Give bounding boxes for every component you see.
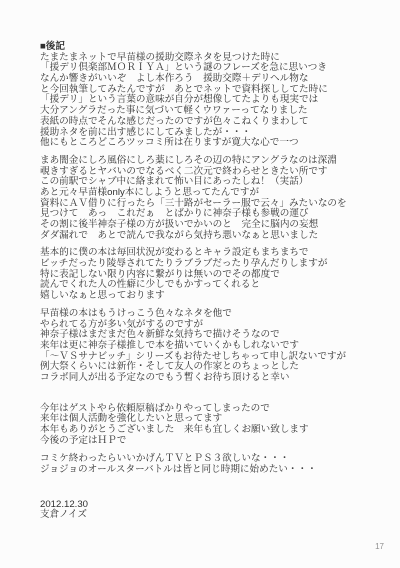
text-line: 表紙の時点でそんな感じだったのですが色々こねくりまわして: [40, 117, 380, 128]
date: 2012.12.30: [40, 500, 380, 511]
text-line: 他にもところどころツッコミ所は在りますが寛大な心で一つ: [40, 138, 380, 149]
text-line: ジョジョのオールスターバトルは皆と同じ時期に始めたい・・・: [40, 465, 380, 476]
paragraph-characters: 基本的に僕の本は毎回状況が変わるとキャラ設定もまちまちでビッチだったり陵辱されて…: [40, 248, 380, 301]
text-line: 今後の予定はＨＰで: [40, 436, 380, 447]
text-line: コラボ同人が出る予定なのでもう暫くお待ち頂けると幸い: [40, 373, 380, 384]
paragraph-intro: たまたまネットで早苗様の援助交際ネタを見つけた時に「援デリ倶楽部ＭＯＲＩＹＡ」と…: [40, 53, 380, 149]
text-line: 早苗様の本はもうけっこう色々なネタを他で: [40, 309, 380, 320]
afterword-page: ■後記 たまたまネットで早苗様の援助交際ネタを見つけた時に「援デリ倶楽部ＭＯＲＩ…: [0, 0, 400, 568]
author-name: 支倉ノイズ: [40, 510, 380, 521]
text-line: まあ闇金にしろ風俗にしろ薬にしろその辺の特にアングラなのは深淵: [40, 156, 380, 167]
signature-block: 2012.12.30 支倉ノイズ: [40, 500, 380, 521]
text-line: ダダ漏れで あとで読んで我ながら気持ち悪いなぁと思いました: [40, 231, 380, 242]
page-number: 17: [375, 542, 384, 551]
text-line: 嬉しいなぁと思っております: [40, 291, 380, 302]
paragraph-underground: まあ闇金にしろ風俗にしろ薬にしろその辺の特にアングラなのは深淵覗きすぎるとヤバい…: [40, 156, 380, 242]
text-line: 来年は更に神奈子様推しで本を描いていくかもしれないです: [40, 341, 380, 352]
paragraph-wishlist: コミケ終わったらいいかげんＴＶとＰＳ３欲しいな・・・ジョジョのオールスターバトル…: [40, 454, 380, 475]
afterword-text: ■後記 たまたまネットで早苗様の援助交際ネタを見つけた時に「援デリ倶楽部ＭＯＲＩ…: [40, 42, 380, 521]
paragraph-year-summary: 今年はゲストやら依頼原稿ばかりやってしまったので来年は個人活動を強化したいと思っ…: [40, 404, 380, 447]
paragraph-future-books: 早苗様の本はもうけっこう色々なネタを他でやられてる方が多い気がするのですが神奈子…: [40, 309, 380, 384]
